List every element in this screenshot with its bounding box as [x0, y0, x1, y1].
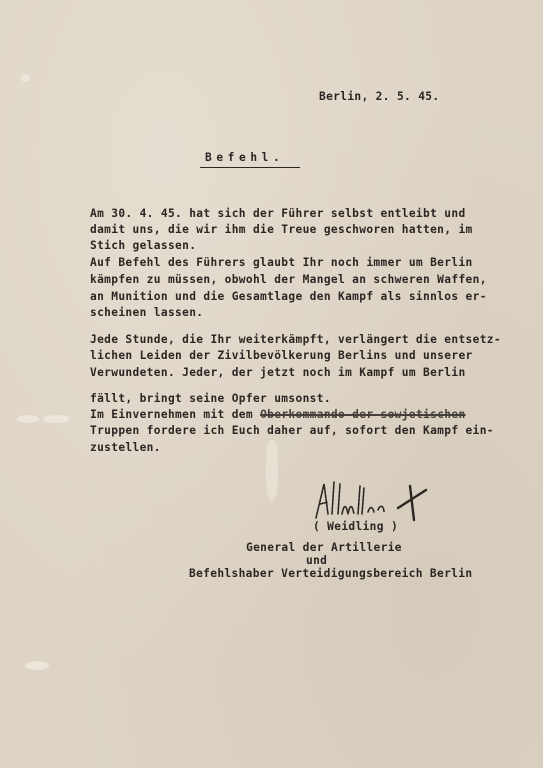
signatory-title-conjunction: und	[306, 554, 327, 567]
body-line: zustellen.	[90, 441, 161, 454]
document-page: Berlin, 2. 5. 45. Befehl. Am 30. 4. 45. …	[0, 0, 543, 768]
body-line: Auf Befehl des Führers glaubt Ihr noch i…	[90, 256, 473, 269]
body-line: damit uns, die wir ihm die Treue geschwo…	[90, 223, 473, 236]
signatory-title: General der Artillerie	[246, 541, 402, 554]
paper-blemish	[266, 440, 278, 500]
signatory-title: Befehlshaber Verteidigungsbereich Berlin	[189, 567, 472, 580]
handwritten-signature	[312, 474, 432, 524]
paper-blemish	[43, 415, 70, 423]
body-line: Im Einvernehmen mit dem Oberkommando der…	[90, 408, 466, 421]
body-line: fällt, bringt seine Opfer umsonst.	[90, 392, 331, 405]
body-line: an Munition und die Gesamtlage den Kampf…	[90, 290, 487, 303]
body-line: Verwundeten. Jeder, der jetzt noch im Ka…	[90, 366, 466, 379]
body-line: scheinen lassen.	[90, 306, 203, 319]
paper-blemish	[17, 415, 39, 423]
document-title: Befehl.	[205, 151, 284, 164]
body-line: Truppen fordere ich Euch daher auf, sofo…	[90, 424, 494, 437]
body-line: Am 30. 4. 45. hat sich der Führer selbst…	[90, 207, 466, 220]
body-line: kämpfen zu müssen, obwohl der Mangel an …	[90, 273, 487, 286]
title-underline	[200, 167, 300, 168]
place-date: Berlin, 2. 5. 45.	[319, 90, 439, 103]
paper-blemish	[21, 74, 30, 82]
struck-out-text: Oberkommando der sowjetischen	[260, 408, 465, 421]
body-line: lichen Leiden der Zivilbevölkerung Berli…	[90, 349, 473, 362]
paper-blemish	[25, 661, 49, 670]
body-line: Jede Stunde, die Ihr weiterkämpft, verlä…	[90, 333, 501, 346]
body-line-text: Im Einvernehmen mit dem	[90, 408, 260, 421]
signatory-name: ( Weidling )	[313, 520, 398, 533]
body-line: Stich gelassen.	[90, 239, 196, 252]
